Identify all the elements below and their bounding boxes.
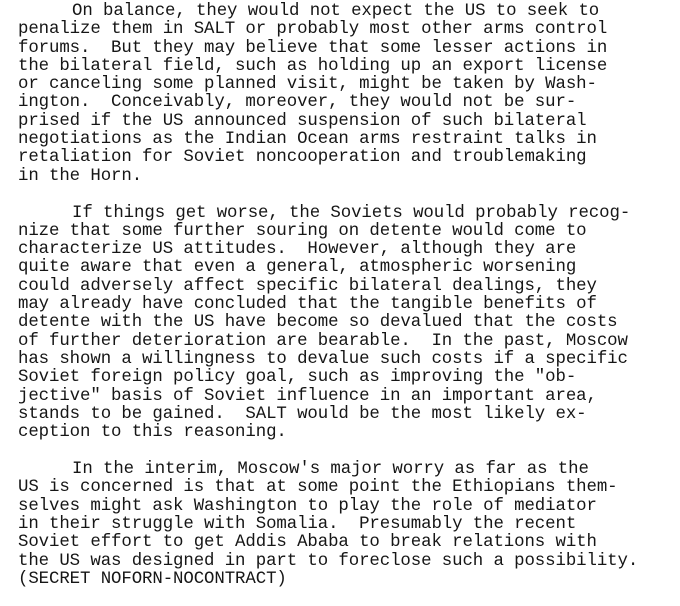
paragraph-2: If things get worse, the Soviets would p… xyxy=(18,205,680,443)
text-line: the US was designed in part to foreclose… xyxy=(18,553,680,571)
text-line: in their struggle with Somalia. Presumab… xyxy=(18,516,680,534)
text-line: or canceling some planned visit, might b… xyxy=(18,76,680,94)
text-line: penalize them in SALT or probably most o… xyxy=(18,21,680,39)
text-line: On balance, they would not expect the US… xyxy=(18,3,680,21)
text-line: quite aware that even a general, atmosph… xyxy=(18,259,680,277)
text-line: retaliation for Soviet noncooperation an… xyxy=(18,149,680,167)
text-line: negotiations as the Indian Ocean arms re… xyxy=(18,131,680,149)
text-line: jective" basis of Soviet influence in an… xyxy=(18,388,680,406)
text-line: If things get worse, the Soviets would p… xyxy=(18,205,680,223)
text-line: characterize US attitudes. However, alth… xyxy=(18,241,680,259)
document-page: On balance, they would not expect the US… xyxy=(18,3,680,606)
text-line: has shown a willingness to devalue such … xyxy=(18,351,680,369)
text-line: US is concerned is that at some point th… xyxy=(18,479,680,497)
text-line: in the Horn. xyxy=(18,168,680,186)
text-line: stands to be gained. SALT would be the m… xyxy=(18,406,680,424)
text-line: ington. Conceivably, moreover, they woul… xyxy=(18,94,680,112)
paragraph-1: On balance, they would not expect the US… xyxy=(18,3,680,186)
text-line: nize that some further souring on detent… xyxy=(18,223,680,241)
text-line: the bilateral field, such as holding up … xyxy=(18,58,680,76)
text-line: forums. But they may believe that some l… xyxy=(18,40,680,58)
text-line: may already have concluded that the tang… xyxy=(18,296,680,314)
text-line: Soviet foreign policy goal, such as impr… xyxy=(18,369,680,387)
text-line: of further deterioration are bearable. I… xyxy=(18,333,680,351)
text-line: could adversely affect specific bilatera… xyxy=(18,278,680,296)
text-line: In the interim, Moscow's major worry as … xyxy=(18,461,680,479)
text-line: Soviet effort to get Addis Ababa to brea… xyxy=(18,534,680,552)
text-line: prised if the US announced suspension of… xyxy=(18,113,680,131)
text-line: (SECRET NOFORN-NOCONTRACT) xyxy=(18,571,680,589)
text-line: selves might ask Washington to play the … xyxy=(18,498,680,516)
text-line: ception to this reasoning. xyxy=(18,424,680,442)
text-line: detente with the US have become so deval… xyxy=(18,314,680,332)
paragraph-3: In the interim, Moscow's major worry as … xyxy=(18,461,680,589)
